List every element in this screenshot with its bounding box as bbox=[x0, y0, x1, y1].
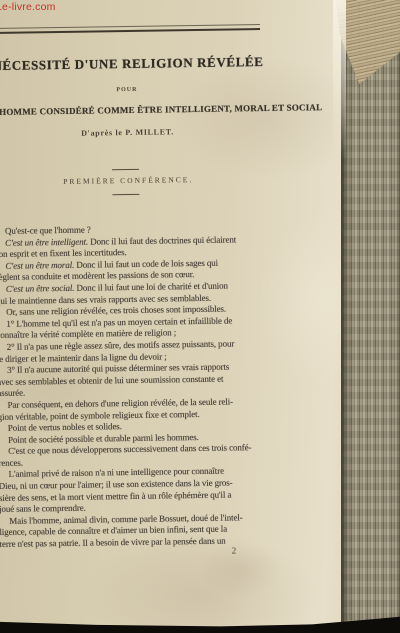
book-scan-photo: NÉCESSITÉ D'UNE RELIGION RÉVÉLÉE POUR L'… bbox=[0, 0, 400, 633]
title-connector: POUR bbox=[0, 85, 261, 95]
page-subtitle: L'HOMME CONSIDÉRÉ COMME ÊTRE INTELLIGENT… bbox=[0, 103, 264, 117]
section-heading: PREMIÈRE CONFÉRENCE. bbox=[0, 174, 262, 187]
printed-content: NÉCESSITÉ D'UNE RELIGION RÉVÉLÉE POUR L'… bbox=[0, 0, 400, 633]
section-rule-top bbox=[112, 169, 139, 170]
header-double-rule bbox=[0, 24, 260, 34]
byline: D'après le P. MILLET. bbox=[0, 126, 262, 139]
page-title: NÉCESSITÉ D'UNE RELIGION RÉVÉLÉE bbox=[0, 54, 261, 74]
section-rule-bottom bbox=[112, 194, 139, 195]
watermark-text: Le-livre.com bbox=[0, 1, 56, 13]
body-text: Qu'est-ce que l'homme ?C'est un être int… bbox=[0, 222, 274, 551]
page-number: 2 bbox=[232, 545, 237, 555]
